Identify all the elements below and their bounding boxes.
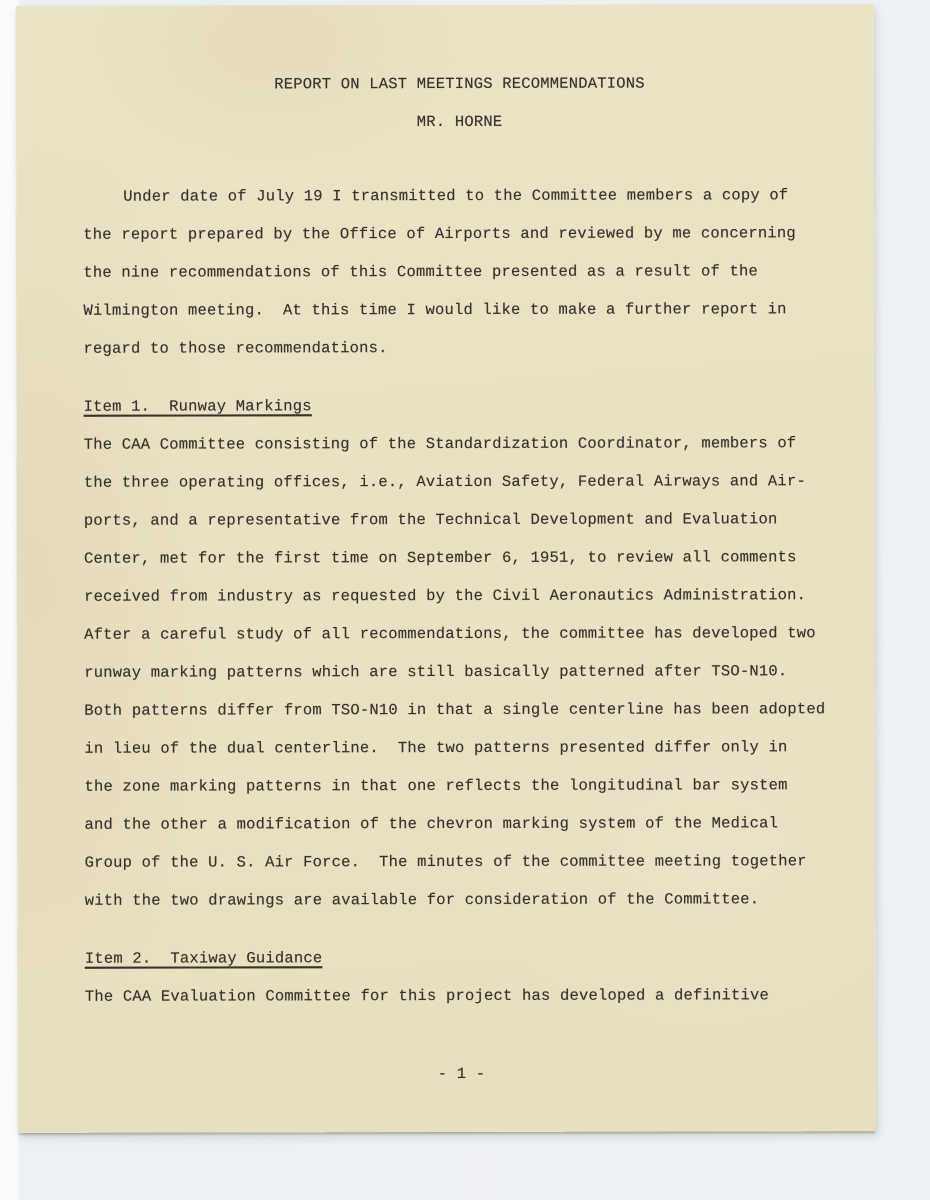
- body-line: received from industry as requested by t…: [84, 576, 837, 616]
- intro-line: the report prepared by the Office of Air…: [83, 214, 836, 254]
- body-line: ports, and a representative from the Tec…: [84, 500, 837, 540]
- item2-paragraph: The CAA Evaluation Committee for this pr…: [85, 976, 838, 1016]
- page-number: - 1 -: [85, 1054, 838, 1094]
- body-line: with the two drawings are available for …: [85, 880, 838, 920]
- intro-paragraph: Under date of July 19 I transmitted to t…: [83, 176, 836, 368]
- intro-line: Wilmington meeting. At this time I would…: [83, 290, 836, 330]
- body-line: Center, met for the first time on Septem…: [84, 538, 837, 578]
- body-line: Both patterns differ from TSO-N10 in tha…: [84, 690, 837, 730]
- document-page: REPORT ON LAST MEETINGS RECOMMENDATIONS …: [16, 4, 876, 1133]
- body-line: The CAA Committee consisting of the Stan…: [84, 424, 837, 464]
- report-subtitle: MR. HORNE: [83, 102, 836, 142]
- section-heading-item2: Item 2. Taxiway Guidance: [85, 938, 838, 978]
- body-line: in lieu of the dual centerline. The two …: [84, 728, 837, 768]
- body-line: the three operating offices, i.e., Aviat…: [84, 462, 837, 502]
- body-line: the zone marking patterns in that one re…: [84, 766, 837, 806]
- body-line: Group of the U. S. Air Force. The minute…: [85, 842, 838, 882]
- intro-line: Under date of July 19 I transmitted to t…: [83, 176, 836, 216]
- item1-paragraph: The CAA Committee consisting of the Stan…: [84, 424, 838, 920]
- body-line: and the other a modification of the chev…: [84, 804, 837, 844]
- scan-background: [attach 9/28/51] REPORT ON LAST MEETINGS…: [0, 0, 930, 1200]
- body-line: After a careful study of all recommendat…: [84, 614, 837, 654]
- intro-line: the nine recommendations of this Committ…: [83, 252, 836, 292]
- section-heading-item1: Item 1. Runway Markings: [84, 386, 837, 426]
- report-title: REPORT ON LAST MEETINGS RECOMMENDATIONS: [83, 64, 836, 104]
- body-line: The CAA Evaluation Committee for this pr…: [85, 976, 838, 1016]
- body-line: runway marking patterns which are still …: [84, 652, 837, 692]
- intro-line: regard to those recommendations.: [83, 328, 836, 368]
